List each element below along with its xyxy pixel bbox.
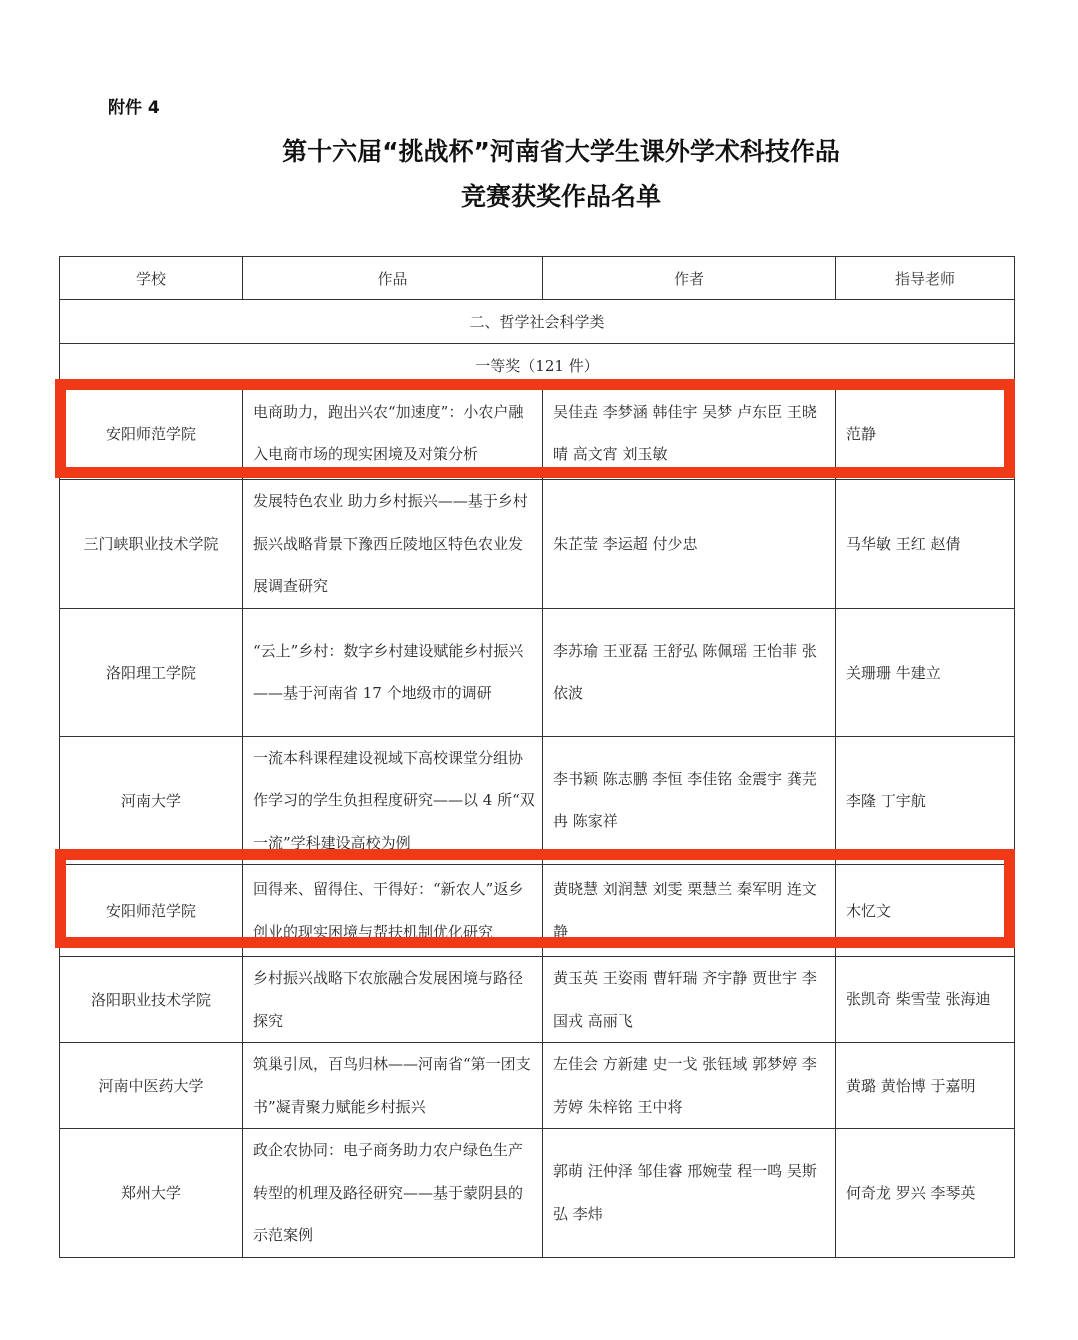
school-cell: 安阳师范学院 bbox=[60, 387, 243, 480]
category-label: 二、哲学社会科学类 bbox=[60, 300, 1015, 344]
school-cell: 三门峡职业技术学院 bbox=[60, 480, 243, 609]
school-cell: 河南大学 bbox=[60, 736, 243, 865]
school-cell: 洛阳理工学院 bbox=[60, 608, 243, 736]
advisors-cell: 木忆文 bbox=[836, 865, 1015, 957]
table-row: 安阳师范学院 电商助力，跑出兴农“加速度”：小农户融入电商市场的现实困境及对策分… bbox=[60, 387, 1015, 480]
advisors-cell: 李隆 丁宇航 bbox=[836, 736, 1015, 865]
advisors-cell: 何奇龙 罗兴 李琴英 bbox=[836, 1129, 1015, 1258]
authors-cell: 吴佳垚 李梦涵 韩佳宇 吴梦 卢东臣 王晓晴 高文宵 刘玉敏 bbox=[543, 387, 836, 480]
school-cell: 安阳师范学院 bbox=[60, 865, 243, 957]
work-cell: 政企农协同：电子商务助力农户绿色生产转型的机理及路径研究——基于蒙阴县的示范案例 bbox=[243, 1129, 543, 1258]
attachment-label: 附件 4 bbox=[108, 93, 160, 118]
table-row: 郑州大学 政企农协同：电子商务助力农户绿色生产转型的机理及路径研究——基于蒙阴县… bbox=[60, 1129, 1015, 1258]
work-cell: 电商助力，跑出兴农“加速度”：小农户融入电商市场的现实困境及对策分析 bbox=[243, 387, 543, 480]
work-cell: 回得来、留得住、干得好：“新农人”返乡创业的现实困境与帮扶机制优化研究 bbox=[243, 865, 543, 957]
authors-cell: 黄晓慧 刘润慧 刘雯 栗慧兰 秦军明 连文静 bbox=[543, 865, 836, 957]
authors-cell: 郭萌 汪仲泽 邹佳睿 邢婉莹 程一鸣 吴斯弘 李炜 bbox=[543, 1129, 836, 1258]
advisors-cell: 张凯奇 柴雪莹 张海迪 bbox=[836, 957, 1015, 1043]
work-cell: 一流本科课程建设视域下高校课堂分组协作学习的学生负担程度研究——以 4 所“双一… bbox=[243, 736, 543, 865]
work-cell: “云上”乡村：数字乡村建设赋能乡村振兴——基于河南省 17 个地级市的调研 bbox=[243, 608, 543, 736]
table-row: 三门峡职业技术学院 发展特色农业 助力乡村振兴——基于乡村振兴战略背景下豫西丘陵… bbox=[60, 480, 1015, 609]
authors-cell: 左佳会 方新建 史一戈 张钰域 郭梦婷 李芳婷 朱梓铭 王中将 bbox=[543, 1043, 836, 1129]
advisors-cell: 黄璐 黄怡博 于嘉明 bbox=[836, 1043, 1015, 1129]
work-cell: 乡村振兴战略下农旅融合发展困境与路径探究 bbox=[243, 957, 543, 1043]
advisors-cell: 马华敏 王红 赵倩 bbox=[836, 480, 1015, 609]
work-cell: 发展特色农业 助力乡村振兴——基于乡村振兴战略背景下豫西丘陵地区特色农业发展调查… bbox=[243, 480, 543, 609]
work-cell: 筑巢引凤，百鸟归林——河南省“第一团支书”凝青聚力赋能乡村振兴 bbox=[243, 1043, 543, 1129]
award-level-row: 一等奖（121 件） bbox=[60, 344, 1015, 387]
awards-table: 学校 作品 作者 指导老师 二、哲学社会科学类 一等奖（121 件） 安阳师范学… bbox=[59, 256, 1015, 1258]
table-row: 洛阳职业技术学院 乡村振兴战略下农旅融合发展困境与路径探究 黄玉英 王姿雨 曹轩… bbox=[60, 957, 1015, 1043]
header-school: 学校 bbox=[60, 257, 243, 300]
school-cell: 洛阳职业技术学院 bbox=[60, 957, 243, 1043]
school-cell: 河南中医药大学 bbox=[60, 1043, 243, 1129]
table-row: 安阳师范学院 回得来、留得住、干得好：“新农人”返乡创业的现实困境与帮扶机制优化… bbox=[60, 865, 1015, 957]
header-work: 作品 bbox=[243, 257, 543, 300]
table-row: 洛阳理工学院 “云上”乡村：数字乡村建设赋能乡村振兴——基于河南省 17 个地级… bbox=[60, 608, 1015, 736]
advisors-cell: 关珊珊 牛建立 bbox=[836, 608, 1015, 736]
table-row: 河南大学 一流本科课程建设视域下高校课堂分组协作学习的学生负担程度研究——以 4… bbox=[60, 736, 1015, 865]
award-level-label: 一等奖（121 件） bbox=[60, 344, 1015, 387]
advisors-cell: 范静 bbox=[836, 387, 1015, 480]
header-advisors: 指导老师 bbox=[836, 257, 1015, 300]
category-row: 二、哲学社会科学类 bbox=[60, 300, 1015, 344]
authors-cell: 朱芷莹 李运超 付少忠 bbox=[543, 480, 836, 609]
table-row: 河南中医药大学 筑巢引凤，百鸟归林——河南省“第一团支书”凝青聚力赋能乡村振兴 … bbox=[60, 1043, 1015, 1129]
header-authors: 作者 bbox=[543, 257, 836, 300]
document-title-line1: 第十六届“挑战杯”河南省大学生课外学术科技作品 bbox=[0, 132, 1078, 168]
authors-cell: 李书颖 陈志鹏 李恒 李佳铭 金震宇 龚芫冉 陈家祥 bbox=[543, 736, 836, 865]
table-header-row: 学校 作品 作者 指导老师 bbox=[60, 257, 1015, 300]
authors-cell: 黄玉英 王姿雨 曹轩瑞 齐宇静 贾世宇 李国戎 高丽飞 bbox=[543, 957, 836, 1043]
document-title-line2: 竞赛获奖作品名单 bbox=[0, 177, 1078, 213]
school-cell: 郑州大学 bbox=[60, 1129, 243, 1258]
authors-cell: 李苏瑜 王亚磊 王舒弘 陈佩瑶 王怡菲 张依波 bbox=[543, 608, 836, 736]
